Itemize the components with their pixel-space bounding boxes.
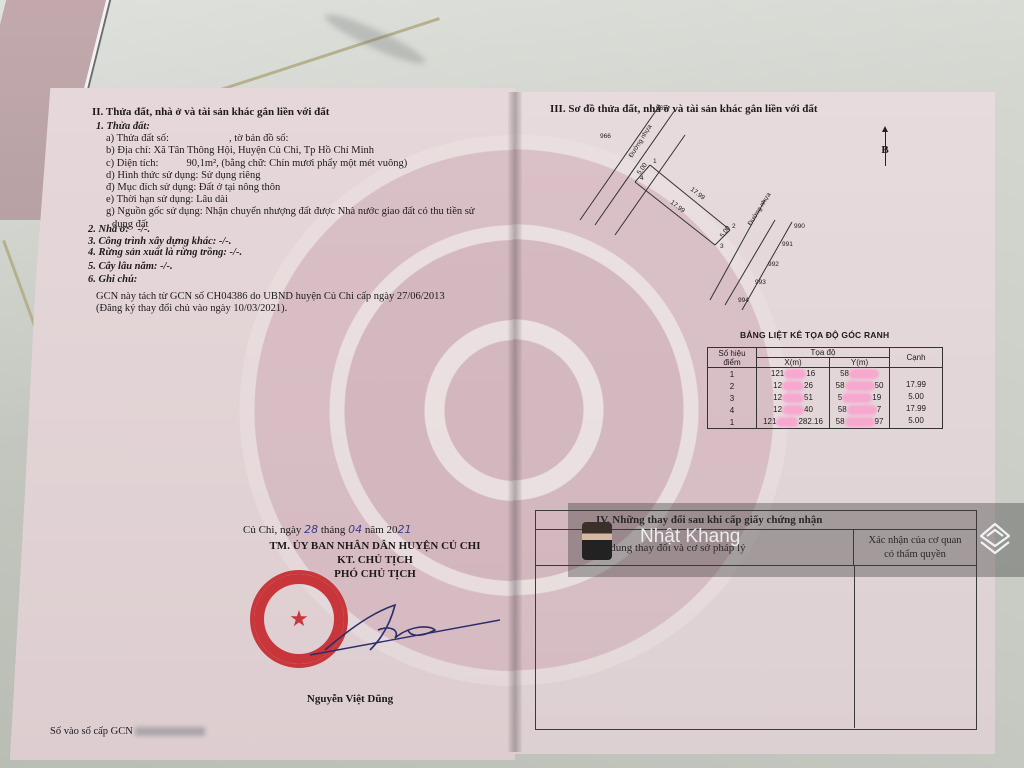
stacked-layers-logo-icon xyxy=(978,522,1012,556)
y-value: 587 xyxy=(830,404,890,416)
redaction-mark xyxy=(782,405,804,415)
watermark-banner xyxy=(568,503,1024,577)
neighbor-990: 990 xyxy=(794,223,805,230)
point-3: 3 xyxy=(720,243,724,250)
coord-row: 1121282.1658975.00 xyxy=(708,416,943,429)
edge-length: 17.99 xyxy=(890,404,943,416)
coord-row: 11211658 xyxy=(708,368,943,381)
other-items: 2. Nhà ở: -/-. 3. Công trình xây dựng kh… xyxy=(88,224,242,286)
address-row: b) Địa chỉ: Xã Tân Thông Hội, Huyện Củ C… xyxy=(96,145,475,157)
point-1: 1 xyxy=(653,158,657,165)
notes-line-2: (Đăng ký thay đổi chủ vào ngày 10/03/202… xyxy=(96,303,445,315)
item-forest: 4. Rừng sản xuất là rừng trồng: -/-. xyxy=(88,247,242,259)
changes-divider xyxy=(854,566,855,728)
point-2: 2 xyxy=(732,223,736,230)
edge-2-3: 5.00 xyxy=(719,224,732,239)
road-label: Đường nhựa xyxy=(628,123,654,159)
notes-line-1: GCN này tách từ GCN số CH04386 do UBND h… xyxy=(96,291,445,303)
coord-row: 21226585017.99 xyxy=(708,380,943,392)
redaction-mark xyxy=(782,381,804,391)
area-row: c) Diện tích:90,1m², (bằng chữ: Chín mươ… xyxy=(96,158,475,170)
neighbor-993: 993 xyxy=(755,279,766,286)
coordinate-table: Số hiệu điểm Tọa độ Cạnh X(m) Y(m) 11211… xyxy=(707,347,943,429)
y-value: 58 xyxy=(830,368,890,381)
parcel-diagram: 965 966 Đường nhựa Đường nhựa 990 991 99… xyxy=(560,100,820,310)
x-value: 1240 xyxy=(757,404,830,416)
item-other-construction: 3. Công trình xây dựng khác: -/-. xyxy=(88,236,242,248)
redaction-mark xyxy=(845,381,875,391)
col-x: X(m) xyxy=(757,358,830,368)
redacted-number xyxy=(135,727,205,736)
redaction-mark xyxy=(776,417,798,427)
y-value: 519 xyxy=(830,392,890,404)
neighbor-992: 992 xyxy=(768,261,779,268)
neighbor-994: 994 xyxy=(738,297,749,304)
edge-length: 5.00 xyxy=(890,392,943,404)
redaction-mark xyxy=(845,417,875,427)
coord-row: 312515195.00 xyxy=(708,392,943,404)
y-value: 5850 xyxy=(830,380,890,392)
edge-length xyxy=(890,368,943,381)
edge-length: 17.99 xyxy=(890,380,943,392)
land-heading: 1. Thửa đất: xyxy=(96,121,475,133)
neighbor-991: 991 xyxy=(782,241,793,248)
x-value: 121282.16 xyxy=(757,416,830,429)
point-id: 1 xyxy=(708,416,757,429)
item-perennial: 5. Cây lâu năm: -/-. xyxy=(88,261,242,273)
neighbor-966: 966 xyxy=(600,133,611,140)
edge-3-4: 17.99 xyxy=(669,199,686,215)
redaction-mark xyxy=(784,369,806,379)
col-point: Số hiệu điểm xyxy=(708,348,757,368)
x-value: 1251 xyxy=(757,392,830,404)
redaction-mark xyxy=(847,405,877,415)
point-id: 2 xyxy=(708,380,757,392)
land-details: 1. Thửa đất: a) Thửa đất số:, tờ bản đồ … xyxy=(96,121,475,231)
handwritten-signature xyxy=(300,600,510,660)
point-id: 1 xyxy=(708,368,757,381)
coord-table-title: BẢNG LIỆT KÊ TỌA ĐỘ GÓC RANH xyxy=(740,330,889,340)
registry-number: Số vào sổ cấp GCN xyxy=(50,726,205,737)
watermark-avatar xyxy=(582,522,612,560)
item-house: 2. Nhà ở: -/-. xyxy=(88,224,242,236)
notes-heading: 6. Ghi chú: xyxy=(88,274,242,286)
point-id: 3 xyxy=(708,392,757,404)
notes-body: GCN này tách từ GCN số CH04386 do UBND h… xyxy=(96,291,445,315)
address-value: Xã Tân Thông Hội, Huyện Củ Chi, Tp Hồ Ch… xyxy=(154,145,375,156)
point-id: 4 xyxy=(708,404,757,416)
edge-length: 5.00 xyxy=(890,416,943,429)
north-arrow: B xyxy=(878,130,892,156)
form-row: d) Hình thức sử dụng: Sử dụng riêng xyxy=(96,170,475,182)
section-ii-title: II. Thửa đất, nhà ở và tài sản khác gắn … xyxy=(92,106,329,118)
col-edge: Cạnh xyxy=(890,348,943,368)
col-coords: Tọa độ xyxy=(757,348,890,358)
edge-1-2: 17.99 xyxy=(689,186,706,202)
purpose-row: đ) Mục đích sử dụng: Đất ở tại nông thôn xyxy=(96,182,475,194)
place-date: Củ Chi, ngày 28 tháng 04 năm 2021 xyxy=(243,524,412,536)
term-row: e) Thời hạn sử dụng: Lâu dài xyxy=(96,194,475,206)
y-value: 5897 xyxy=(830,416,890,429)
neighbor-965: 965 xyxy=(656,105,667,112)
arrow-up-icon xyxy=(885,130,886,166)
redaction-mark xyxy=(842,393,872,403)
parcel-row: a) Thửa đất số:, tờ bản đồ số: xyxy=(96,133,475,145)
signer-name: Nguyễn Việt Dũng xyxy=(290,692,410,706)
road-label-2: Đường nhựa xyxy=(747,191,773,227)
coord-row: 4124058717.99 xyxy=(708,404,943,416)
book-spine xyxy=(508,92,522,752)
redaction-mark xyxy=(782,393,804,403)
col-y: Y(m) xyxy=(830,358,890,368)
watermark-name: Nhật Khang xyxy=(640,526,740,548)
x-value: 1226 xyxy=(757,380,830,392)
redaction-mark xyxy=(849,369,879,379)
x-value: 12116 xyxy=(757,368,830,381)
origin-row: g) Nguồn gốc sử dụng: Nhận chuyển nhượng… xyxy=(96,206,475,218)
area-value: 90,1m², (bằng chữ: Chín mươi phẩy một mé… xyxy=(186,158,407,169)
